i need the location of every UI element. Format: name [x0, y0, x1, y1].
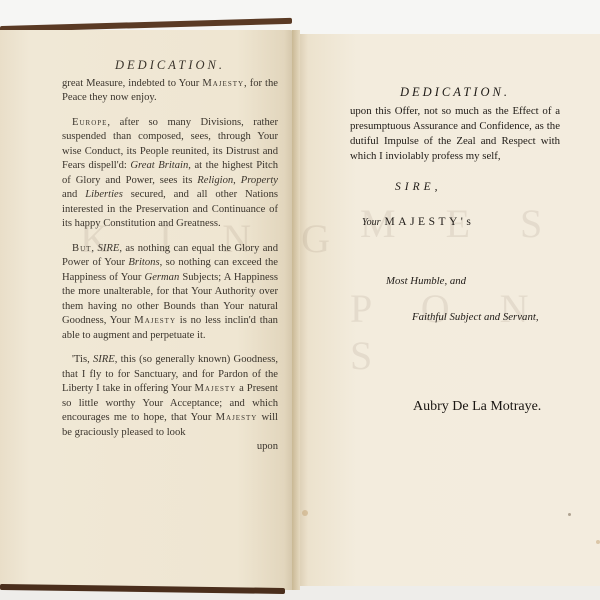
text: Majesty [202, 78, 244, 89]
text: Britons [128, 257, 159, 268]
signature: Aubry De La Motraye. [413, 399, 541, 415]
text: Property [241, 175, 278, 186]
right-page-heading: DEDICATION. [350, 85, 560, 100]
text: MAJESTY's [385, 216, 475, 228]
text: 'Tis, [72, 354, 93, 365]
text: Great Britain [130, 160, 188, 171]
closing-line-1: Most Humble, and [386, 275, 466, 287]
text: Majesty [216, 412, 258, 423]
foxing-spot [302, 510, 308, 516]
paragraph: Europe, after so many Divisions, rather … [62, 116, 278, 232]
paragraph: upon this Offer, not so much as the Effe… [350, 104, 560, 164]
show-through-text: P O N S [350, 285, 600, 379]
foxing-spot [596, 540, 600, 544]
left-page-text: DEDICATION. great Measure, indebted to Y… [62, 58, 278, 455]
text: SIRE [98, 243, 120, 254]
text: But [72, 243, 91, 254]
foxing-spot [568, 513, 571, 516]
text: great Measure, indebted to Your [62, 78, 202, 89]
closing-line-2: Faithful Subject and Servant, [412, 311, 539, 323]
text: SIRE [93, 354, 115, 365]
text: , [233, 175, 241, 186]
text: Majesty [195, 383, 237, 394]
paragraph: 'Tis, SIRE, this (so generally known) Go… [62, 353, 278, 440]
text: Your [362, 217, 381, 228]
right-page-text: DEDICATION. upon this Offer, not so much… [350, 85, 560, 174]
paragraph: But, SIRE, as nothing can equal the Glor… [62, 242, 278, 344]
text: and [62, 189, 85, 200]
text: German [145, 272, 180, 283]
paragraph: great Measure, indebted to Your Majesty,… [62, 77, 278, 106]
book-gutter [292, 30, 300, 590]
salutation: SIRE, [395, 181, 442, 193]
text: Religion [197, 175, 233, 186]
text: Majesty [134, 315, 176, 326]
left-page-heading: DEDICATION. [62, 58, 278, 73]
text: Liberties [85, 189, 123, 200]
catchword: upon [62, 440, 278, 455]
majesty-line: YourMAJESTY's [362, 216, 474, 228]
text: Europe [72, 117, 107, 128]
